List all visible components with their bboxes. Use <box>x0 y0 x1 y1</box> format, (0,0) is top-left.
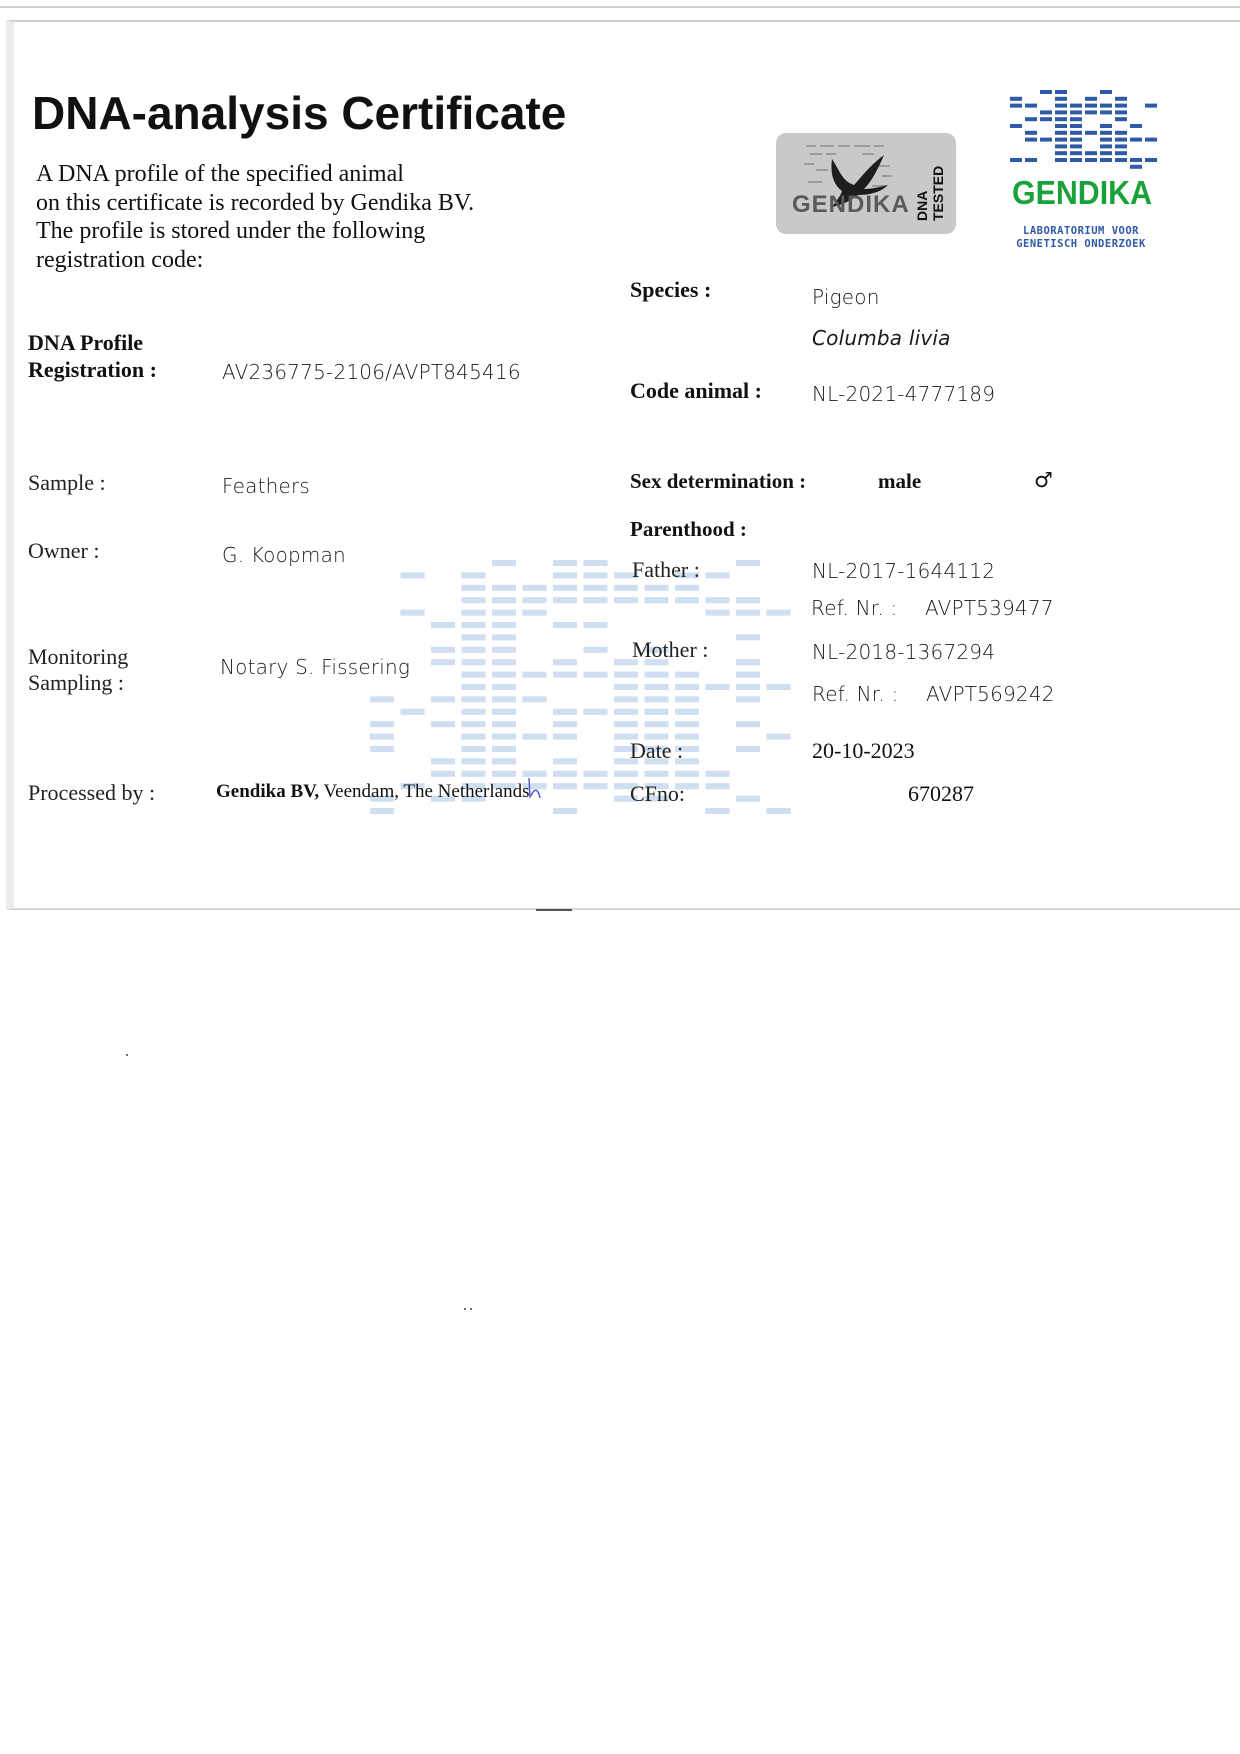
date-value: 20-10-2023 <box>812 738 915 764</box>
dna-profile-value: AV236775-2106/AVPT845416 <box>222 360 521 384</box>
scan-speck <box>126 1054 128 1056</box>
logo-tagline-line: LABORATORIUM VOOR <box>1013 225 1149 238</box>
dna-profile-label-2: Registration : <box>28 357 157 383</box>
father-label: Father : <box>632 557 700 583</box>
stamp-brand: GENDIKA <box>792 191 910 219</box>
code-animal-value: NL-2021-4777189 <box>812 382 995 406</box>
sex-value: male <box>878 469 921 494</box>
intro-line: on this certificate is recorded by Gendi… <box>36 189 556 218</box>
mother-ref-label: Ref. Nr. : <box>812 682 898 706</box>
scan-edge-top <box>0 6 1240 8</box>
monitoring-label-2: Sampling : <box>28 670 124 696</box>
intro-text: A DNA profile of the specified animal on… <box>36 160 556 274</box>
processed-by-label: Processed by : <box>28 780 155 806</box>
father-code: NL-2017-1644112 <box>812 559 995 583</box>
intro-line: The profile is stored under the followin… <box>36 217 556 246</box>
logo-tagline-line: GENETISCH ONDERZOEK <box>1013 238 1149 251</box>
monitoring-value: Notary S. Fissering <box>220 655 410 679</box>
parenthood-label: Parenthood : <box>630 517 747 542</box>
logo-name: GENDIKA <box>1012 174 1152 212</box>
mother-code: NL-2018-1367294 <box>812 640 995 664</box>
monitoring-label: Monitoring <box>28 644 128 670</box>
male-symbol-icon: ♂ <box>1034 468 1053 492</box>
date-label: Date : <box>630 738 683 764</box>
owner-label: Owner : <box>28 538 99 564</box>
dna-profile-label: DNA Profile <box>28 330 143 356</box>
processed-by-value: Gendika BV, Veendam, The Netherlands <box>216 781 530 803</box>
intro-line: registration code: <box>36 246 556 275</box>
logo-tagline: LABORATORIUM VOOR GENETISCH ONDERZOEK <box>1013 225 1149 251</box>
dna-tested-stamp: GENDIKA DNA TESTED <box>776 133 956 234</box>
mother-ref-value: AVPT569242 <box>926 682 1055 706</box>
scan-speck <box>470 1308 472 1310</box>
processed-company: Gendika BV, <box>216 781 319 802</box>
owner-value: G. Koopman <box>222 543 346 567</box>
scan-speck <box>464 1308 466 1310</box>
father-ref-label: Ref. Nr. : <box>811 596 897 620</box>
page-title: DNA-analysis Certificate <box>32 86 566 140</box>
cfno-label: CFno: <box>630 781 685 807</box>
species-latin: Columba livia <box>812 326 951 350</box>
cfno-value: 670287 <box>908 781 974 807</box>
signature-tick-icon <box>526 776 548 802</box>
processed-location: Veendam, The Netherlands <box>319 781 529 802</box>
species-common: Pigeon <box>812 285 880 309</box>
father-ref-value: AVPT539477 <box>925 596 1054 620</box>
sample-value: Feathers <box>222 474 310 498</box>
gendika-logo-icon <box>1010 90 1160 172</box>
species-label: Species : <box>630 277 711 303</box>
intro-line: A DNA profile of the specified animal <box>36 160 556 189</box>
stamp-badge: DNA TESTED <box>914 166 946 221</box>
scan-mark <box>536 909 572 911</box>
mother-label: Mother : <box>632 637 708 663</box>
sample-label: Sample : <box>28 470 106 496</box>
sex-determination-label: Sex determination : <box>630 469 806 494</box>
code-animal-label: Code animal : <box>630 378 762 404</box>
